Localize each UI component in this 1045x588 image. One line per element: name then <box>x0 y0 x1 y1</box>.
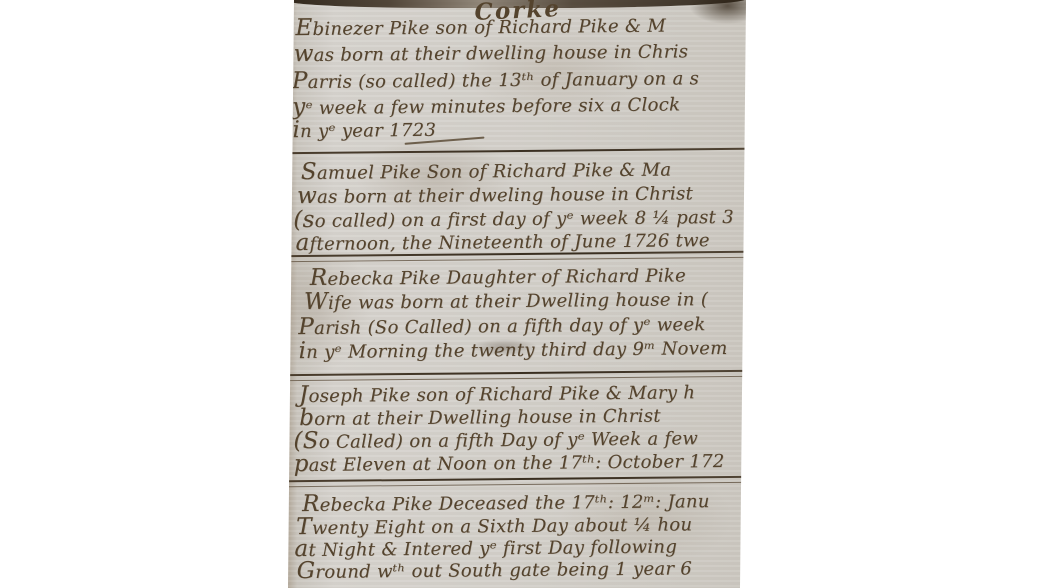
manuscript-line: in yᵉ year 1723 <box>292 117 436 144</box>
handwriting-layer: Corke Ebinezer Pike son of Richard Pike … <box>288 0 746 588</box>
ink-smudge <box>458 336 548 359</box>
manuscript-photo: Corke Ebinezer Pike son of Richard Pike … <box>288 0 746 588</box>
entry-divider-line <box>288 148 746 155</box>
entry-divider-line-thin <box>288 257 746 263</box>
entry-divider-line <box>288 370 746 377</box>
manuscript-line: Ebinezer Pike son of Richard Pike & M <box>295 13 666 43</box>
manuscript-line: Parris (so called) the 13ᵗʰ of January o… <box>292 65 699 95</box>
entry-divider-line-thin <box>288 482 746 488</box>
manuscript-line: past Eleven at Noon on the 17ᵗʰ: October… <box>294 448 725 478</box>
screenshot-root: Corke Ebinezer Pike son of Richard Pike … <box>0 0 1045 588</box>
manuscript-line: Ground wᵗʰ out South gate being 1 year 6 <box>297 555 693 585</box>
manuscript-line: was born at their dwelling house in Chri… <box>294 38 689 68</box>
